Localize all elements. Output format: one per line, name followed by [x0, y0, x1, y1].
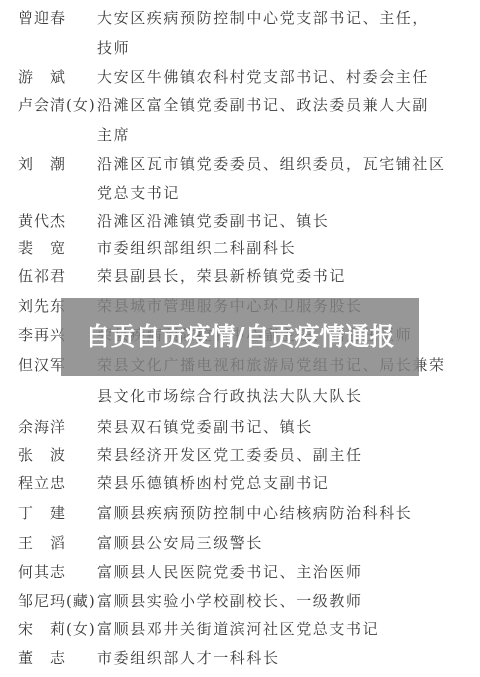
- person-title: 富顺县公安局三级警长: [97, 533, 263, 553]
- person-name: 王 滔: [18, 533, 66, 553]
- list-item-continuation: 技师: [0, 38, 480, 68]
- person-name: 刘 潮: [18, 154, 66, 174]
- person-name: 黄代杰: [18, 211, 66, 231]
- person-title-continued: 主席: [97, 125, 130, 145]
- list-item: 程立忠 荣县乐德镇桥凼村党总支副书记: [0, 473, 480, 503]
- person-title: 富顺县邓井关街道滨河社区党总支书记: [97, 619, 379, 639]
- list-item: 曾迎春 大安区疾病预防控制中心党支部书记、主任，: [0, 8, 480, 38]
- person-name: 董 志: [18, 648, 66, 668]
- list-item: 丁 建 富顺县疾病预防控制中心结核病防治科科长: [0, 503, 480, 533]
- person-title: 大安区牛佛镇农科村党支部书记、村委会主任: [97, 67, 429, 87]
- person-title: 荣县双石镇党委副书记、镇长: [97, 417, 313, 437]
- person-name: 邹尼玛(藏): [18, 591, 96, 611]
- person-title-continued: 县文化市场综合行政执法大队大队长: [97, 386, 363, 406]
- title-overlay-banner: 自贡自贡疫情/自贡疫情通报: [61, 298, 419, 376]
- person-name: 游 斌: [18, 67, 66, 87]
- person-title: 市委组织部组织二科副科长: [97, 238, 296, 258]
- list-item: 刘 潮 沿滩区瓦市镇党委委员、组织委员，瓦宅铺社区: [0, 154, 480, 184]
- person-name: 裴 宽: [18, 238, 66, 258]
- list-item: 张 波 荣县经济开发区党工委委员、副主任: [0, 445, 480, 475]
- person-title: 大安区疾病预防控制中心党支部书记、主任，: [97, 8, 429, 28]
- list-item-continuation: 主席: [0, 125, 480, 155]
- person-title-continued: 党总支书记: [97, 183, 180, 203]
- list-item-continuation: 党总支书记: [0, 183, 480, 213]
- person-name: 伍祁君: [18, 266, 66, 286]
- person-name: 刘先东: [18, 296, 66, 316]
- person-title: 富顺县疾病预防控制中心结核病防治科科长: [97, 503, 412, 523]
- list-item: 余海洋 荣县双石镇党委副书记、镇长: [0, 417, 480, 447]
- list-item: 卢会清(女) 沿滩区富全镇党委副书记、政法委员兼人大副: [0, 95, 480, 125]
- overlay-title: 自贡自贡疫情/自贡疫情通报: [80, 323, 400, 351]
- person-name: 李再兴: [18, 325, 66, 345]
- person-title: 市委组织部人才一科科长: [97, 648, 280, 668]
- person-title: 沿滩区富全镇党委副书记、政法委员兼人大副: [97, 95, 429, 115]
- list-item: 董 志 市委组织部人才一科科长: [0, 648, 480, 677]
- person-name: 卢会清(女): [18, 95, 96, 115]
- person-name: 丁 建: [18, 503, 66, 523]
- person-name: 余海洋: [18, 417, 66, 437]
- list-item-continuation: 县文化市场综合行政执法大队大队长: [0, 386, 480, 416]
- list-item: 王 滔 富顺县公安局三级警长: [0, 533, 480, 563]
- person-title: 富顺县实验小学校副校长、一级教师: [97, 591, 363, 611]
- person-name: 何其志: [18, 562, 66, 582]
- list-item: 何其志 富顺县人民医院党委书记、主治医师: [0, 562, 480, 592]
- person-name: 程立忠: [18, 473, 66, 493]
- list-item: 裴 宽 市委组织部组织二科副科长: [0, 238, 480, 268]
- person-name: 但汉军: [18, 355, 66, 375]
- list-item: 伍祁君 荣县副县长，荣县新桥镇党委书记: [0, 266, 480, 296]
- person-title: 荣县经济开发区党工委委员、副主任: [97, 445, 363, 465]
- person-name: 张 波: [18, 445, 66, 465]
- person-title-continued: 技师: [97, 38, 130, 58]
- person-name: 宋 莉(女): [18, 619, 96, 639]
- person-title: 沿滩区瓦市镇党委委员、组织委员，瓦宅铺社区: [97, 154, 446, 174]
- list-item: 游 斌 大安区牛佛镇农科村党支部书记、村委会主任: [0, 67, 480, 97]
- list-item: 邹尼玛(藏) 富顺县实验小学校副校长、一级教师: [0, 591, 480, 621]
- person-title: 荣县乐德镇桥凼村党总支副书记: [97, 473, 329, 493]
- person-name: 曾迎春: [18, 8, 66, 28]
- person-title: 富顺县人民医院党委书记、主治医师: [97, 562, 363, 582]
- person-title: 荣县副县长，荣县新桥镇党委书记: [97, 266, 346, 286]
- list-item: 黄代杰 沿滩区沿滩镇党委副书记、镇长: [0, 211, 480, 241]
- list-item: 宋 莉(女) 富顺县邓井关街道滨河社区党总支书记: [0, 619, 480, 649]
- person-title: 沿滩区沿滩镇党委副书记、镇长: [97, 211, 329, 231]
